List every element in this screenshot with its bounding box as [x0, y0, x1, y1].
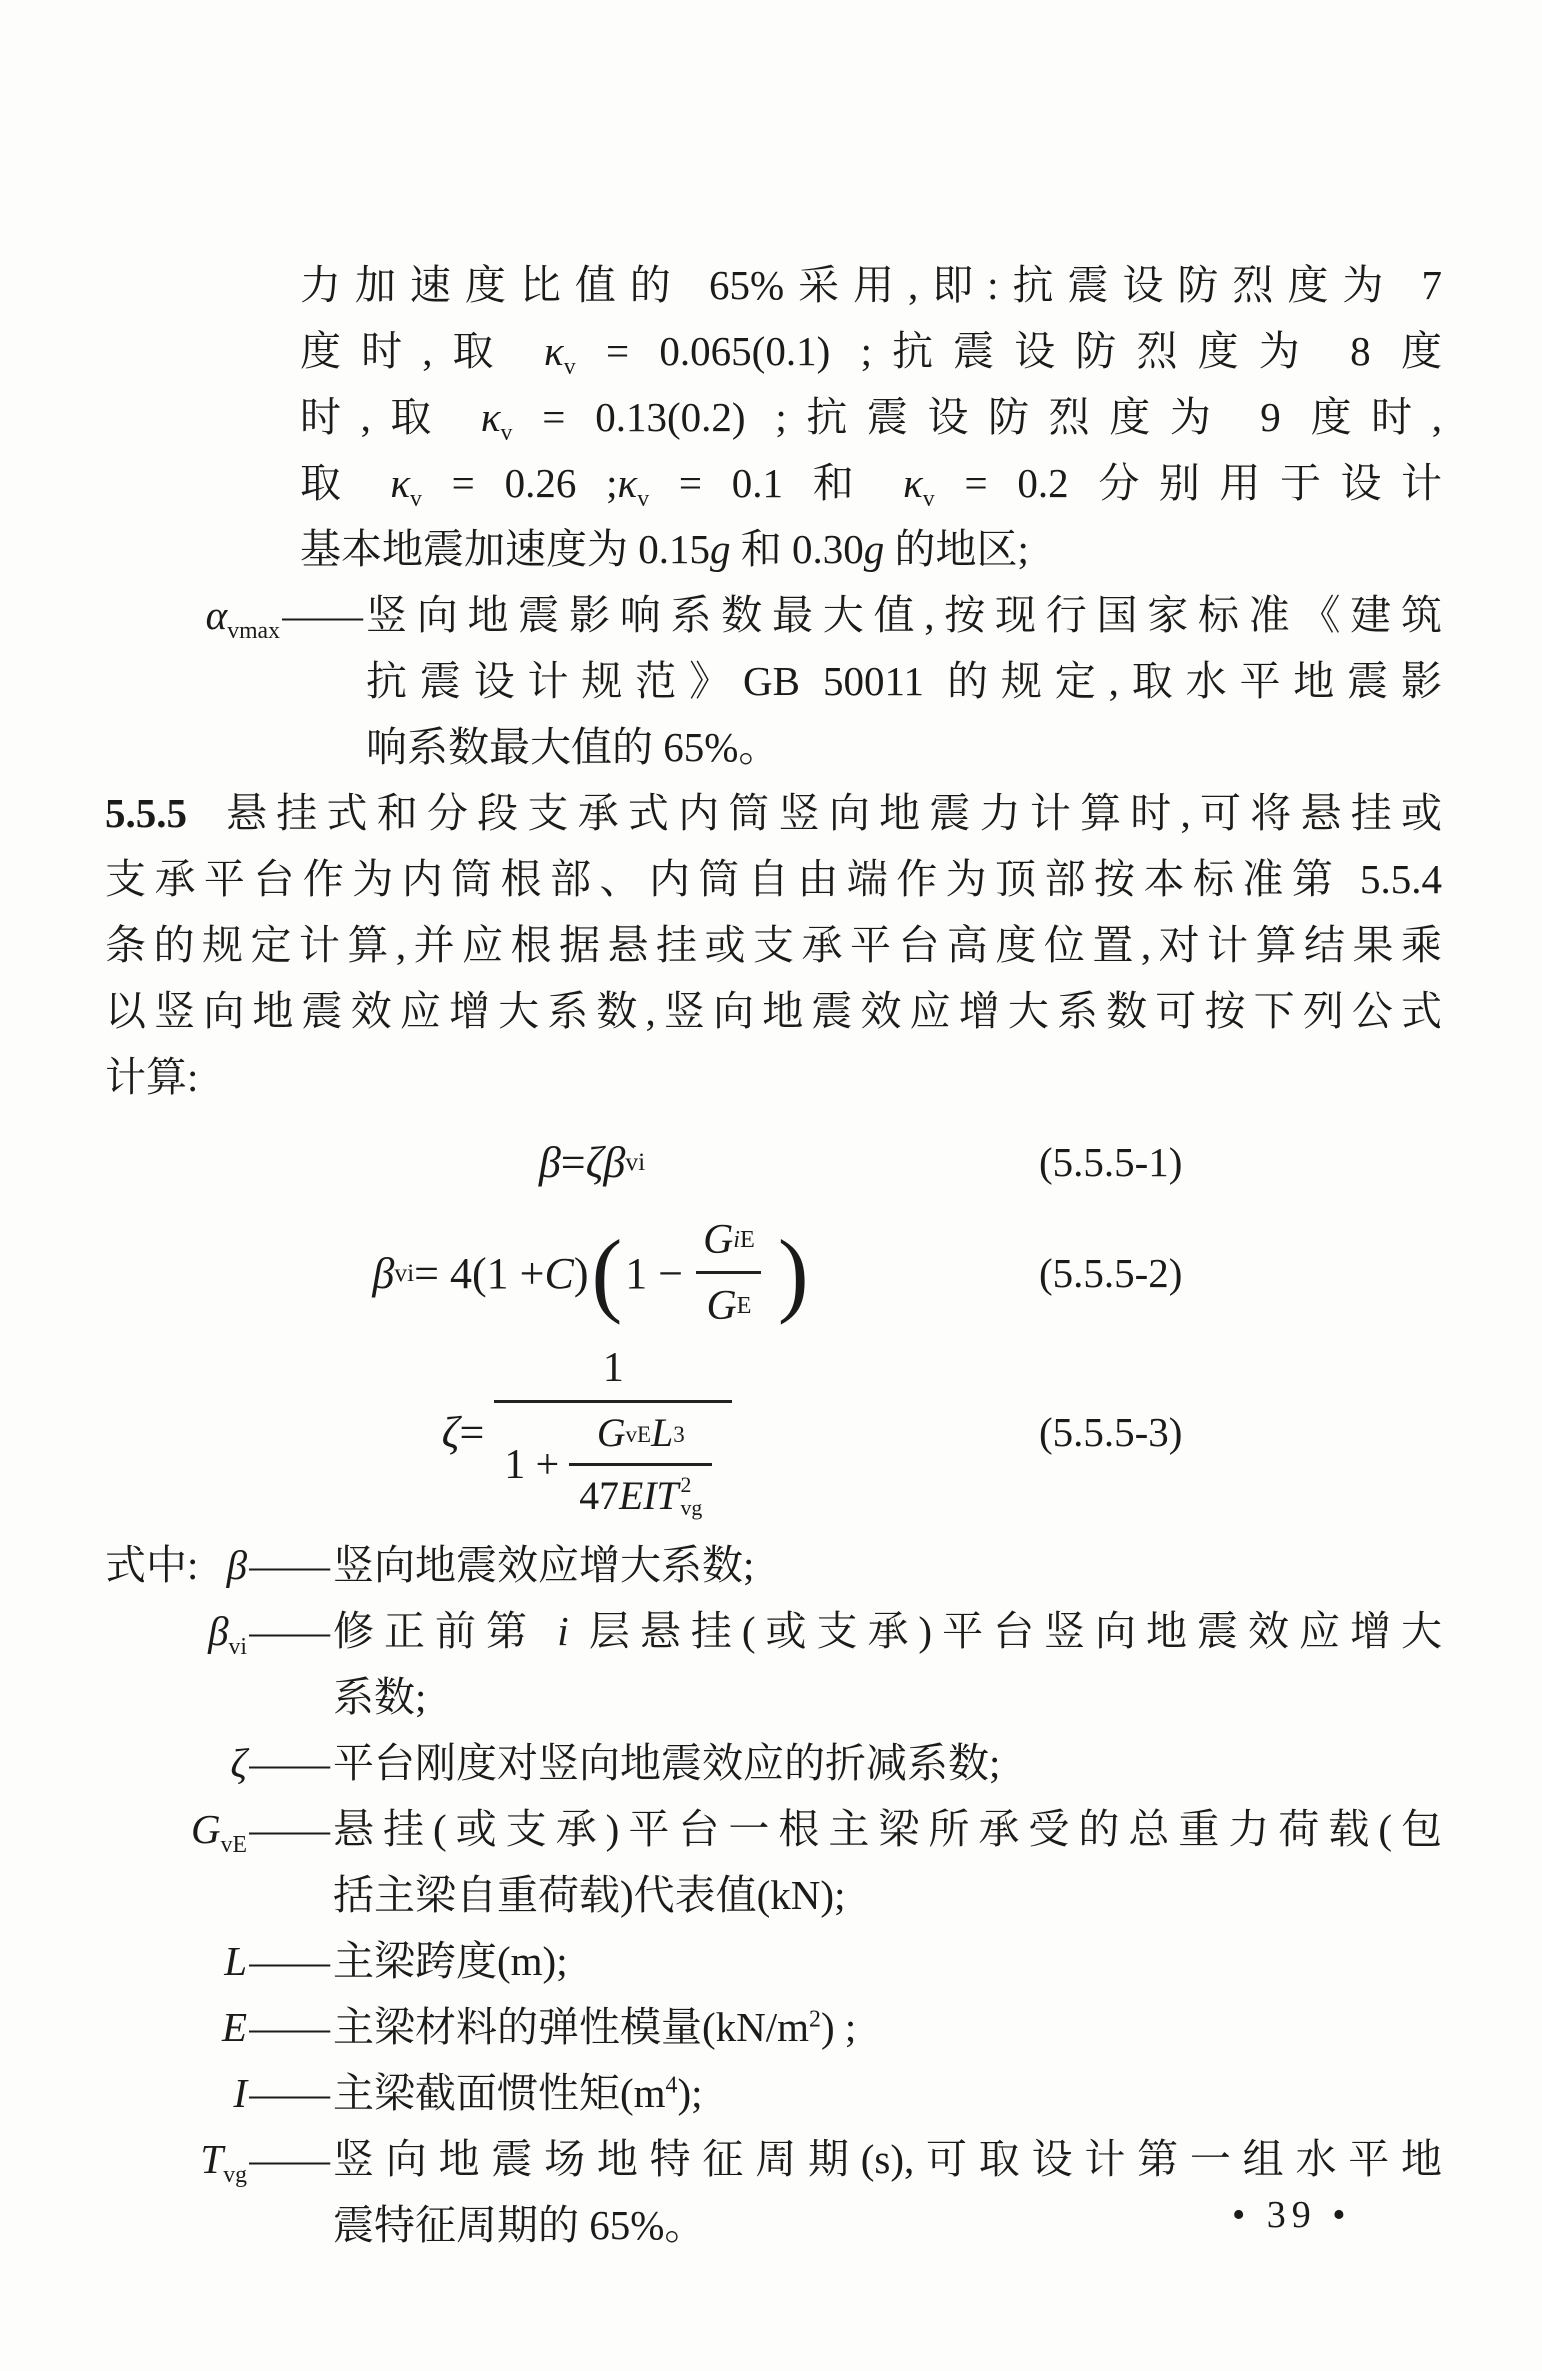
formula-expression: βvi = 4(1 + C)(1 − GiEGE)	[332, 1214, 811, 1332]
text-line: 悬挂(或支承)平台一根主梁所承受的总重力荷载(包	[333, 1796, 1442, 1862]
definition-dash: ——	[249, 1598, 333, 1664]
text-line: 主梁跨度(m);	[333, 1928, 1442, 1994]
definition-dash: ——	[282, 582, 366, 648]
definition-dash: ——	[249, 1532, 333, 1598]
section-5-5-5-paragraph: 5.5.5 悬挂式和分段支承式内筒竖向地震力计算时,可将悬挂或 支承平台作为内筒…	[105, 780, 1442, 1110]
definition-row: GvE —— 悬挂(或支承)平台一根主梁所承受的总重力荷载(包 括主梁自重荷载)…	[105, 1796, 1442, 1928]
formula-expression: β = ζβvi	[499, 1135, 645, 1190]
text-line: 主梁材料的弹性模量(kN/m2) ;	[333, 1994, 1442, 2060]
definition-description: 主梁截面惯性矩(m4);	[333, 2060, 1442, 2126]
formula-row: ζ = 11 + GvEL347EIT2vg (5.5.5-3)	[105, 1342, 1442, 1521]
definition-row: I —— 主梁截面惯性矩(m4);	[105, 2060, 1442, 2126]
definition-description: 悬挂(或支承)平台一根主梁所承受的总重力荷载(包 括主梁自重荷载)代表值(kN)…	[333, 1796, 1442, 1928]
continuation-paragraph: 力加速度比值的 65%采用,即:抗震设防烈度为 7 度时,取 κv = 0.06…	[105, 252, 1442, 582]
definition-symbol: E	[105, 1994, 249, 2060]
text-line: 力加速度比值的 65%采用,即:抗震设防烈度为 7	[300, 252, 1442, 318]
text-line: 竖向地震效应增大系数;	[333, 1532, 1442, 1598]
formula-row: β = ζβvi (5.5.5-1)	[105, 1120, 1442, 1204]
text-line: 竖向地震影响系数最大值,按现行国家标准《建筑	[366, 582, 1442, 648]
formula-expression: ζ = 11 + GvEL347EIT2vg	[402, 1342, 743, 1521]
definition-description: 修正前第 i 层悬挂(或支承)平台竖向地震效应增大 系数;	[333, 1598, 1442, 1730]
text-line: 以竖向地震效应增大系数,竖向地震效应增大系数可按下列公式	[105, 978, 1442, 1044]
text-line: 括主梁自重荷载)代表值(kN);	[333, 1862, 1442, 1928]
definition-row: βvi —— 修正前第 i 层悬挂(或支承)平台竖向地震效应增大 系数;	[105, 1598, 1442, 1730]
text-line: 取 κv = 0.26 ;κv = 0.1 和 κv = 0.2 分别用于设计	[300, 450, 1442, 516]
text-line: 抗震设计规范》GB 50011 的规定,取水平地震影	[366, 648, 1442, 714]
definition-row: β —— 竖向地震效应增大系数;	[105, 1532, 1442, 1598]
definition-dash: ——	[249, 1994, 333, 2060]
definition-description: 竖向地震效应增大系数;	[333, 1532, 1442, 1598]
text-line: 响系数最大值的 65%。	[366, 714, 1442, 780]
where-rows: β —— 竖向地震效应增大系数; βvi ——	[105, 1532, 1442, 2258]
definition-dash: ——	[249, 1730, 333, 1796]
page-content: 力加速度比值的 65%采用,即:抗震设防烈度为 7 度时,取 κv = 0.06…	[105, 252, 1442, 2258]
text-line: 主梁截面惯性矩(m4);	[333, 2060, 1442, 2126]
text-line: 5.5.5 悬挂式和分段支承式内筒竖向地震力计算时,可将悬挂或	[105, 780, 1442, 846]
definition-symbol: ζ	[105, 1730, 249, 1796]
formula-number: (5.5.5-1)	[1039, 1129, 1274, 1195]
text-line: 系数;	[333, 1664, 1442, 1730]
definition-row: ζ —— 平台刚度对竖向地震效应的折减系数;	[105, 1730, 1442, 1796]
definition-dash: ——	[249, 2060, 333, 2126]
definition-dash: ——	[249, 1928, 333, 1994]
definition-row: E —— 主梁材料的弹性模量(kN/m2) ;	[105, 1994, 1442, 2060]
document-page: 力加速度比值的 65%采用,即:抗震设防烈度为 7 度时,取 κv = 0.06…	[0, 0, 1542, 2371]
definition-dash: ——	[249, 1796, 333, 1862]
definition-symbol: βvi	[105, 1598, 249, 1664]
definition-symbol: L	[105, 1928, 249, 1994]
text-line: 修正前第 i 层悬挂(或支承)平台竖向地震效应增大	[333, 1598, 1442, 1664]
definition-description: 主梁跨度(m);	[333, 1928, 1442, 1994]
text-line: 条的规定计算,并应根据悬挂或支承平台高度位置,对计算结果乘	[105, 912, 1442, 978]
definition-description: 平台刚度对竖向地震效应的折减系数;	[333, 1730, 1442, 1796]
definition-symbol: I	[105, 2060, 249, 2126]
alpha-vmax-definition: αvmax —— 竖向地震影响系数最大值,按现行国家标准《建筑 抗震设计规范》G…	[105, 582, 1442, 780]
definition-symbol: Tvg	[105, 2126, 249, 2192]
text-line: 计算:	[105, 1044, 1442, 1110]
page-number: • 39 •	[1232, 2182, 1352, 2248]
text-line: 基本地震加速度为 0.15g 和 0.30g 的地区;	[300, 516, 1442, 582]
text-line: 时,取 κv = 0.13(0.2) ;抗震设防烈度为 9 度时,	[300, 384, 1442, 450]
text-line: 支承平台作为内筒根部、内筒自由端作为顶部按本标准第 5.5.4	[105, 846, 1442, 912]
symbol-alpha-vmax: αvmax	[105, 582, 282, 648]
definition-symbol: GvE	[105, 1796, 249, 1862]
where-prefix: 式中:	[105, 1532, 198, 1598]
definition-description: 主梁材料的弹性模量(kN/m2) ;	[333, 1994, 1442, 2060]
formula-number: (5.5.5-2)	[1039, 1240, 1274, 1306]
text-line: 平台刚度对竖向地震效应的折减系数;	[333, 1730, 1442, 1796]
text-line: 度时,取 κv = 0.065(0.1) ;抗震设防烈度为 8 度	[300, 318, 1442, 384]
formula-number: (5.5.5-3)	[1039, 1399, 1274, 1465]
alpha-vmax-description: 竖向地震影响系数最大值,按现行国家标准《建筑 抗震设计规范》GB 50011 的…	[366, 582, 1442, 780]
definition-dash: ——	[249, 2126, 333, 2192]
formula-row: βvi = 4(1 + C)(1 − GiEGE) (5.5.5-2)	[105, 1214, 1442, 1332]
definition-row: L —— 主梁跨度(m);	[105, 1928, 1442, 1994]
formula-block: β = ζβvi (5.5.5-1) βvi = 4(1 + C)(1 − Gi…	[105, 1120, 1442, 1522]
where-clause-list: 式中: β —— 竖向地震效应增大系数; βvi	[105, 1532, 1442, 2258]
